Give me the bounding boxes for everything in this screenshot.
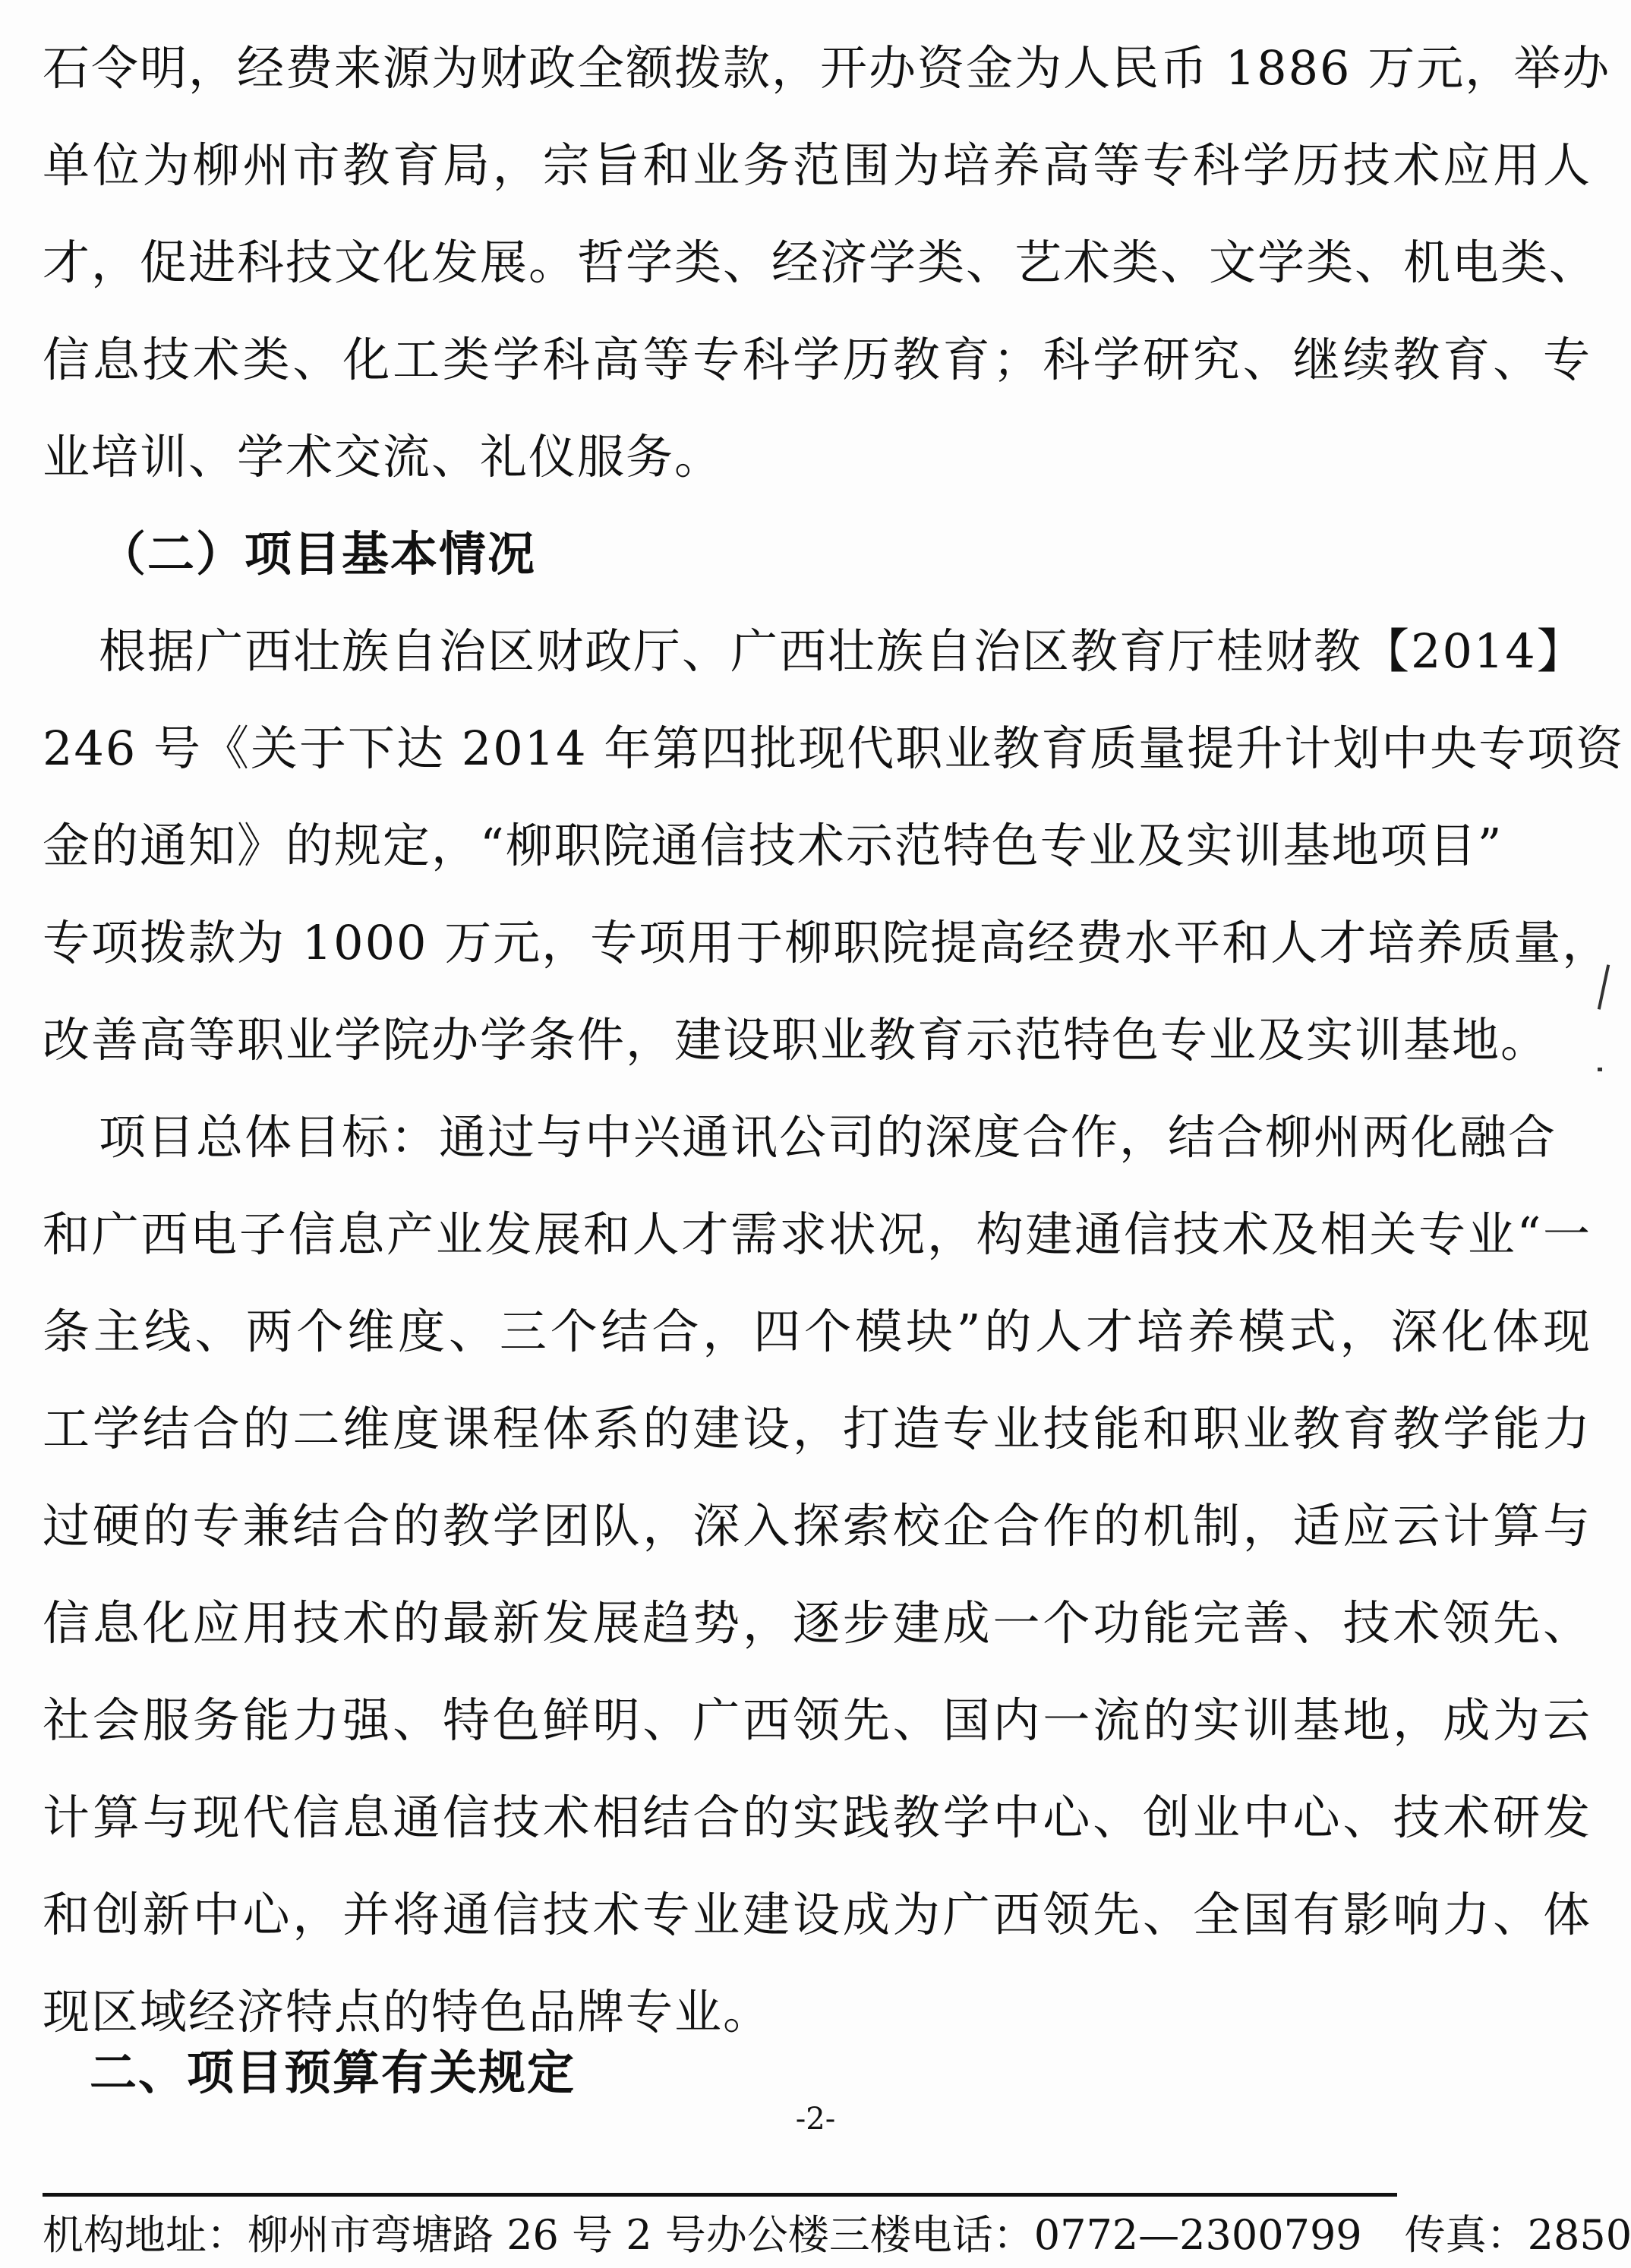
text-line: 社会服务能力强、特色鲜明、广西领先、国内一流的实训基地，成为云 — [43, 1690, 1592, 1751]
footer-phone: 电话：0772—2300799 — [911, 2211, 1362, 2260]
text-line: 金的通知》的规定，“柳职院通信技术示范特色专业及实训基地项目” — [43, 815, 1592, 876]
text-line: 过硬的专兼结合的教学团队，深入探索校企合作的机制，适应云计算与 — [43, 1496, 1592, 1557]
text-line: 项目总体目标：通过与中兴通讯公司的深度合作，结合柳州两化融合 — [99, 1107, 1631, 1168]
text-line: 信息化应用技术的最新发展趋势，逐步建成一个功能完善、技术领先、 — [43, 1593, 1592, 1654]
text-line: 工学结合的二维度课程体系的建设，打造专业技能和职业教育教学能力 — [43, 1399, 1592, 1459]
scan-mark — [1598, 1068, 1602, 1071]
text-line: 和广西电子信息产业发展和人才需求状况，构建通信技术及相关专业“一 — [43, 1204, 1592, 1265]
text-line: 条主线、两个维度、三个结合，四个模块”的人才培养模式，深化体现 — [43, 1301, 1592, 1362]
scan-mark — [1598, 964, 1610, 1010]
text-line: 业培训、学术交流、礼仪服务。 — [43, 427, 1592, 487]
footer-divider — [43, 2193, 1397, 2197]
text-line: 才，促进科技文化发展。哲学类、经济学类、艺术类、文学类、机电类、 — [43, 232, 1592, 293]
text-line: 单位为柳州市教育局，宗旨和业务范围为培养高等专科学历技术应用人 — [43, 135, 1592, 196]
text-line: 专项拨款为 1000 万元，专项用于柳职院提高经费水平和人才培养质量， — [43, 913, 1592, 973]
text-line: 现区域经济特点的特色品牌专业。 — [43, 1982, 1592, 2042]
text-line: 246 号《关于下达 2014 年第四批现代职业教育质量提升计划中央专项资 — [43, 718, 1592, 779]
footer-fax: 传真：2850999 — [1405, 2211, 1631, 2260]
text-line: 石令明，经费来源为财政全额拨款，开办资金为人民币 1886 万元，举办 — [43, 38, 1592, 99]
text-line: 计算与现代信息通信技术相结合的实践教学中心、创业中心、技术研发 — [43, 1787, 1592, 1848]
text-line: 和创新中心，并将通信技术专业建设成为广西领先、全国有影响力、体 — [43, 1885, 1592, 1945]
document-page: 石令明，经费来源为财政全额拨款，开办资金为人民币 1886 万元，举办 单位为柳… — [0, 0, 1631, 2268]
text-line: 信息技术类、化工类学科高等专科学历教育；科学研究、继续教育、专 — [43, 330, 1592, 390]
chapter-heading: 二、项目预算有关规定 — [90, 2042, 1631, 2103]
footer-address: 机构地址：柳州市弯塘路 26 号 2 号办公楼三楼 — [43, 2211, 911, 2260]
page-number: -2- — [0, 2102, 1631, 2137]
text-line: 改善高等职业学院办学条件，建设职业教育示范特色专业及实训基地。 — [43, 1010, 1592, 1071]
text-line: 根据广西壮族自治区财政厅、广西壮族自治区教育厅桂财教【2014】 — [99, 621, 1592, 682]
footer: 机构地址：柳州市弯塘路 26 号 2 号办公楼三楼 电话：0772—230079… — [43, 2211, 1397, 2260]
section-heading: （二）项目基本情况 — [99, 524, 1631, 585]
